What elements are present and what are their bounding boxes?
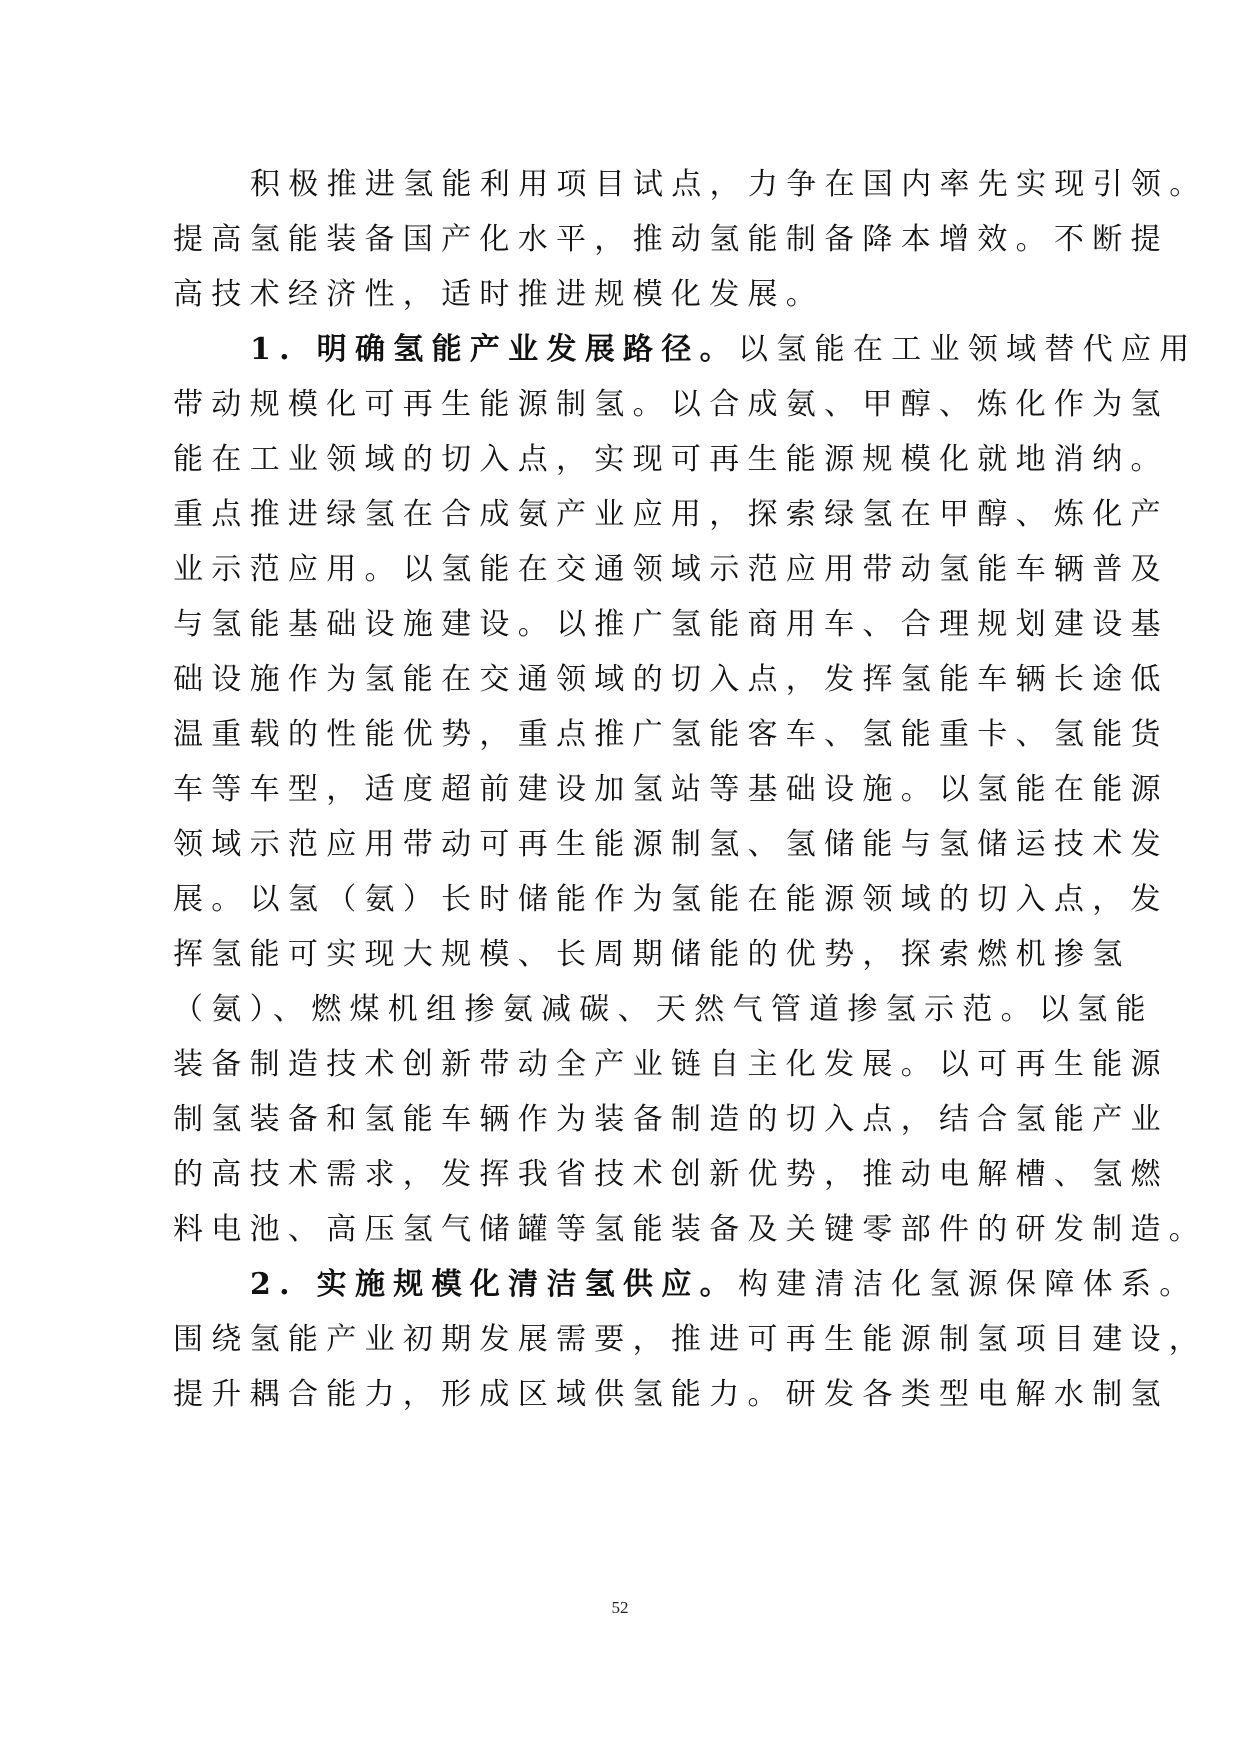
paragraph-line: 领域示范应用带动可再生能源制氢、氢储能与氢储运技术发: [173, 825, 941, 865]
page-number: 52: [0, 1598, 1240, 1618]
section-heading-2: 2. 实施规模化清洁氢供应。: [250, 1267, 738, 1302]
paragraph-line: 积极推进氢能利用项目试点，力争在国内率先实现引领。: [250, 165, 941, 205]
paragraph-line: 带动规模化可再生能源制氢。以合成氨、甲醇、炼化作为氢: [173, 385, 941, 425]
document-page: 积极推进氢能利用项目试点，力争在国内率先实现引领。 提高氢能装备国产化水平，推动…: [0, 0, 1240, 1754]
paragraph-line: 装备制造技术创新带动全产业链自主化发展。以可再生能源: [173, 1045, 941, 1085]
section-heading-line: 2. 实施规模化清洁氢供应。构建清洁化氢源保障体系。: [250, 1265, 941, 1305]
paragraph-line: 业示范应用。以氢能在交通领域示范应用带动氢能车辆普及: [173, 550, 941, 590]
paragraph-line: 制氢装备和氢能车辆作为装备制造的切入点，结合氢能产业: [173, 1100, 941, 1140]
paragraph-line: 围绕氢能产业初期发展需要，推进可再生能源制氢项目建设，: [173, 1320, 941, 1360]
paragraph-line: 重点推进绿氢在合成氨产业应用，探索绿氢在甲醇、炼化产: [173, 495, 941, 535]
paragraph-line: 础设施作为氢能在交通领域的切入点，发挥氢能车辆长途低: [173, 660, 941, 700]
paragraph-line: 高技术经济性，适时推进规模化发展。: [173, 275, 941, 315]
paragraph-line: 温重载的性能优势，重点推广氢能客车、氢能重卡、氢能货: [173, 715, 941, 755]
section-heading-1: 1. 明确氢能产业发展路径。: [250, 332, 738, 367]
paragraph-line: 能在工业领域的切入点，实现可再生能源规模化就地消纳。: [173, 440, 941, 480]
paragraph-line: 挥氢能可实现大规模、长周期储能的优势，探索燃机掺氢: [173, 935, 941, 975]
paragraph-line: 料电池、高压氢气储罐等氢能装备及关键零部件的研发制造。: [173, 1210, 941, 1250]
paragraph-line: 提高氢能装备国产化水平，推动氢能制备降本增效。不断提: [173, 220, 941, 260]
section-heading-line: 1. 明确氢能产业发展路径。以氢能在工业领域替代应用: [250, 330, 941, 370]
paragraph-line: 车等车型，适度超前建设加氢站等基础设施。以氢能在能源: [173, 770, 941, 810]
paragraph-line: 与氢能基础设施建设。以推广氢能商用车、合理规划建设基: [173, 605, 941, 645]
paragraph-line: 提升耦合能力，形成区域供氢能力。研发各类型电解水制氢: [173, 1375, 941, 1415]
paragraph-line: 展。以氢（氨）长时储能作为氢能在能源领域的切入点，发: [173, 880, 941, 920]
paragraph-line: 的高技术需求，发挥我省技术创新优势，推动电解槽、氢燃: [173, 1155, 941, 1195]
paragraph-line: （氨）、燃煤机组掺氨减碳、天然气管道掺氢示范。以氢能: [173, 990, 941, 1030]
